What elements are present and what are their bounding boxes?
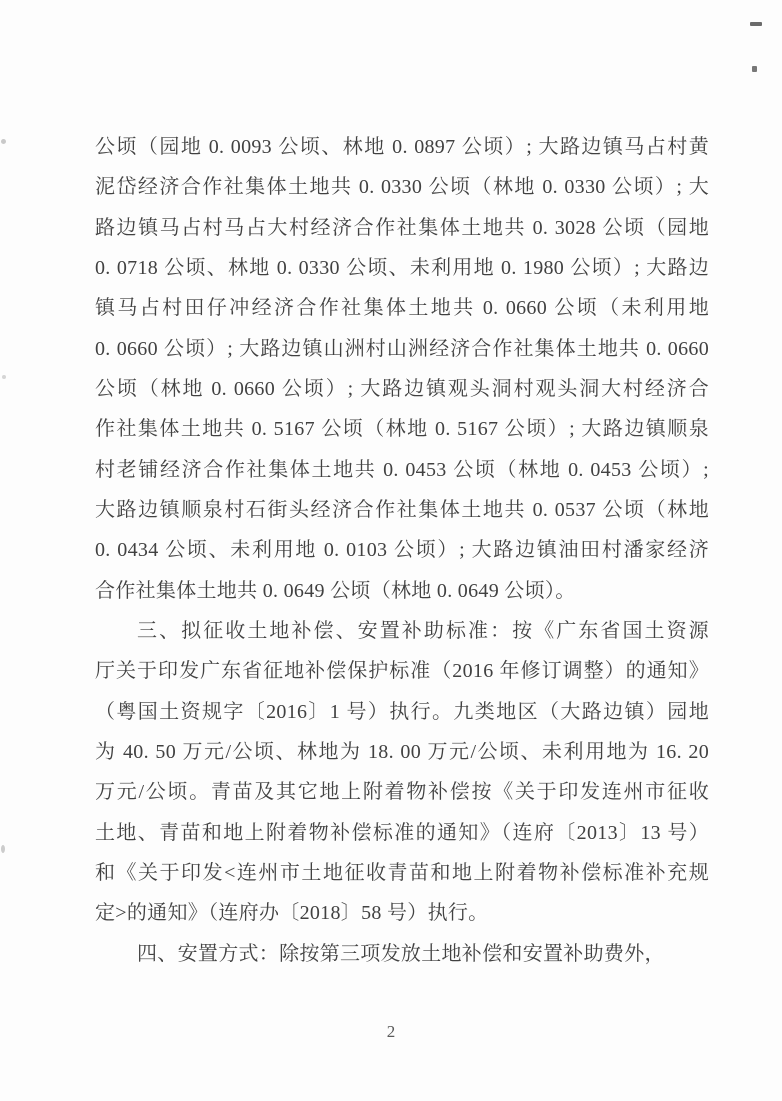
scan-speck bbox=[2, 375, 6, 379]
body-line: 大路边镇顺泉村石街头经济合作社集体土地共 0. 0537 公顷（林地 bbox=[95, 490, 709, 530]
document-body: 公顷（园地 0. 0093 公顷、林地 0. 0897 公顷）; 大路边镇马占村… bbox=[95, 127, 709, 974]
scan-mark-dot bbox=[752, 66, 757, 72]
scan-speck bbox=[1, 845, 5, 853]
body-line: 0. 0660 公顷）; 大路边镇山洲村山洲经济合作社集体土地共 0. 0660 bbox=[95, 329, 709, 369]
body-line: 作社集体土地共 0. 5167 公顷（林地 0. 5167 公顷）; 大路边镇顺… bbox=[95, 409, 709, 449]
body-line: 和《关于印发<连州市土地征收青苗和地上附着物补偿标准补充规 bbox=[95, 853, 709, 893]
page-number: 2 bbox=[0, 1022, 782, 1042]
body-line: 公顷（林地 0. 0660 公顷）; 大路边镇观头洞村观头洞大村经济合 bbox=[95, 369, 709, 409]
body-line paragraph-start: 四、安置方式：除按第三项发放土地补偿和安置补助费外， bbox=[95, 934, 709, 974]
body-line: 为 40. 50 万元/公顷、林地为 18. 00 万元/公顷、未利用地为 16… bbox=[95, 732, 709, 772]
scan-mark-dash bbox=[750, 22, 762, 26]
body-line paragraph-start: 三、拟征收土地补偿、安置补助标准：按《广东省国土资源 bbox=[95, 611, 709, 651]
body-line: 村老铺经济合作社集体土地共 0. 0453 公顷（林地 0. 0453 公顷）; bbox=[95, 450, 709, 490]
body-line: 公顷（园地 0. 0093 公顷、林地 0. 0897 公顷）; 大路边镇马占村… bbox=[95, 127, 709, 167]
body-line: 0. 0434 公顷、未利用地 0. 0103 公顷）; 大路边镇油田村潘家经济 bbox=[95, 530, 709, 570]
body-line: 0. 0718 公顷、林地 0. 0330 公顷、未利用地 0. 1980 公顷… bbox=[95, 248, 709, 288]
body-line: 万元/公顷。青苗及其它地上附着物补偿按《关于印发连州市征收 bbox=[95, 772, 709, 812]
scan-speck bbox=[1, 139, 6, 144]
scanned-document-page: 公顷（园地 0. 0093 公顷、林地 0. 0897 公顷）; 大路边镇马占村… bbox=[0, 0, 782, 1101]
body-line: 土地、青苗和地上附着物补偿标准的通知》（连府〔2013〕13 号） bbox=[95, 813, 709, 853]
body-line: 路边镇马占村马占大村经济合作社集体土地共 0. 3028 公顷（园地 bbox=[95, 208, 709, 248]
body-line: 泥岱经济合作社集体土地共 0. 0330 公顷（林地 0. 0330 公顷）; … bbox=[95, 167, 709, 207]
body-line paragraph-end: 合作社集体土地共 0. 0649 公顷（林地 0. 0649 公顷）。 bbox=[95, 571, 709, 611]
body-line: 厅关于印发广东省征地补偿保护标准（2016 年修订调整）的通知》 bbox=[95, 651, 709, 691]
body-line: （粤国土资规字〔2016〕1 号）执行。九类地区（大路边镇）园地 bbox=[95, 692, 709, 732]
body-line: 镇马占村田仔冲经济合作社集体土地共 0. 0660 公顷（未利用地 bbox=[95, 288, 709, 328]
body-line paragraph-end: 定>的通知》（连府办〔2018〕58 号）执行。 bbox=[95, 893, 709, 933]
